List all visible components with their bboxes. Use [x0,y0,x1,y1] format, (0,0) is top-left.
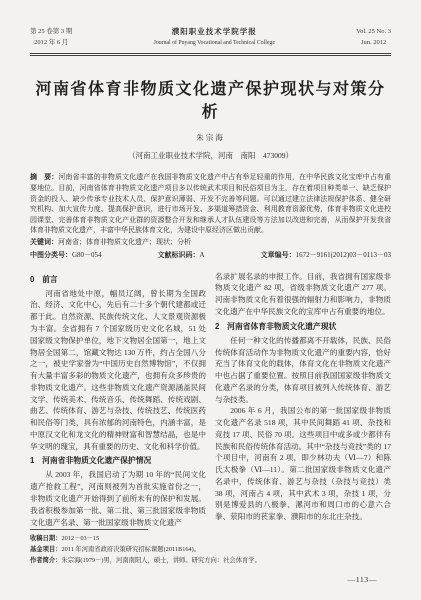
footnote-label: 收稿日期： [30,535,61,542]
header-divider [30,53,391,56]
article-id-label: 文章编号： [261,252,296,259]
issue-volume-en: Vol. 25 No. 3 [356,26,391,37]
article-title: 河南省体育非物质文化遗产保护现状与对策分析 [30,76,391,122]
issue-info-en: Vol. 25 No. 3 Jun. 2012 [356,26,391,48]
clc-value: G80－054 [72,251,102,259]
classification-line: 中图分类号：G80－054 文献标识码：A 文章编号：1672－9161(201… [30,250,391,262]
footnote-label: 基金项目： [30,546,61,553]
left-column: 0 前言 河南省地处中原，幅员辽阔，曾长期为全国政治、经济、文化中心，先后有二十… [30,271,206,529]
footnote-fund-project: 基金项目：2011 年河南省政府决策研究招标课题(2011B164)。 [30,544,360,555]
article-id-item: 文章编号：1672－9161(2012)03－0113－03 [261,250,391,262]
section-heading-2: 2 河南省体育非物质文化遗产现状 [215,321,391,333]
doc-code-value: A [200,251,205,259]
issue-date-cn: 2012 年 6 月 [30,37,72,48]
article-id-value: 1672－9161(2012)03－0113－03 [296,251,391,259]
footnote-text: 朱宗海(1979－)男，河南南阳人，硕士，讲师。研究方向：社会体育学。 [61,557,260,564]
keywords-label: 关键词： [30,239,58,246]
issue-date-en: Jun. 2012 [356,37,391,48]
clc-item: 中图分类号：G80－054 [30,250,102,262]
body-columns: 0 前言 河南省地处中原，幅员辽阔，曾长期为全国政治、经济、文化中心，先后有二十… [30,271,391,529]
journal-name: 濮阳职业技术学院学报 Journal of Puyang Vocational … [154,26,275,49]
running-head: 第 25 卷第 3 期 2012 年 6 月 濮阳职业技术学院学报 Journa… [30,26,391,49]
footnote-text: 2012－03－15 [61,535,99,542]
abstract-label: 摘 要： [30,174,58,181]
abstract-block: 摘 要：河南省丰富的非物质文化遗产在我国非物质文化遗产中占有举足轻重的作用，在中… [30,172,391,262]
body-paragraph: 任何一种文化的传播都离不开载体，民族、民俗传统体育活动作为非物质文化遗产的重要内… [215,335,391,406]
footnote-text: 2011 年河南省政府决策研究招标课题(2011B164)。 [61,546,200,553]
abstract-paragraph: 摘 要：河南省丰富的非物质文化遗产在我国非物质文化遗产中占有举足轻重的作用，在中… [30,172,391,236]
body-paragraph-continued: 名录扩展名录的申报工作。目前，我省拥有国家级非物质文化遗产 82 项，省级非物质… [215,271,391,318]
issue-info: 第 25 卷第 3 期 2012 年 6 月 [30,26,72,48]
journal-name-en: Journal of Puyang Vocational and Technic… [154,39,275,49]
doc-code-label: 文献标识码： [158,252,200,259]
keywords-text: 河南省；体育非物质文化遗产；现状；分析 [58,238,191,246]
footnote-label: 作者简介： [30,557,61,564]
footnote-author-bio: 作者简介：朱宗海(1979－)男，河南南阳人，硕士，讲师。研究方向：社会体育学。 [30,555,360,566]
right-column: 名录扩展名录的申报工作。目前，我省拥有国家级非物质文化遗产 82 项，省级非物质… [215,271,391,529]
body-paragraph: 2006 年 6 月，我国公布的第一批国家级非物质文化遗产名录 518 项，其中… [215,405,391,523]
article-author: 朱宗海 [30,132,391,143]
footnote-received-date: 收稿日期：2012－03－15 [30,533,360,544]
abstract-text: 河南省丰富的非物质文化遗产在我国非物质文化遗产中占有举足轻重的作用，在中华民族文… [30,173,391,235]
journal-name-cn: 濮阳职业技术学院学报 [154,26,275,39]
page-number: —113— [348,575,378,584]
clc-label: 中图分类号： [30,252,72,259]
footnote-divider [30,529,148,530]
section-heading-0: 0 前言 [30,274,206,286]
body-paragraph: 从 2003 年，我国启动了为期 10 年的“民间文化遗产抢救工程”，河南则被列… [30,469,206,528]
doc-code-item: 文献标识码：A [158,250,205,262]
issue-volume-cn: 第 25 卷第 3 期 [30,26,72,37]
body-paragraph: 河南省地处中原，幅员辽阔，曾长期为全国政治、经济、文化中心，先后有二十多个朝代建… [30,288,206,453]
section-heading-1: 1 河南省非物质文化遗产保护情况 [30,455,206,467]
journal-page: 第 25 卷第 3 期 2012 年 6 月 濮阳职业技术学院学报 Journa… [0,0,421,600]
article-affiliation: （河南工业职业技术学院，河南 南阳 473009） [30,150,391,161]
footnote-block: 收稿日期：2012－03－15 基金项目：2011 年河南省政府决策研究招标课题… [30,529,360,566]
keywords-line: 关键词：河南省；体育非物质文化遗产；现状；分析 [30,237,391,249]
